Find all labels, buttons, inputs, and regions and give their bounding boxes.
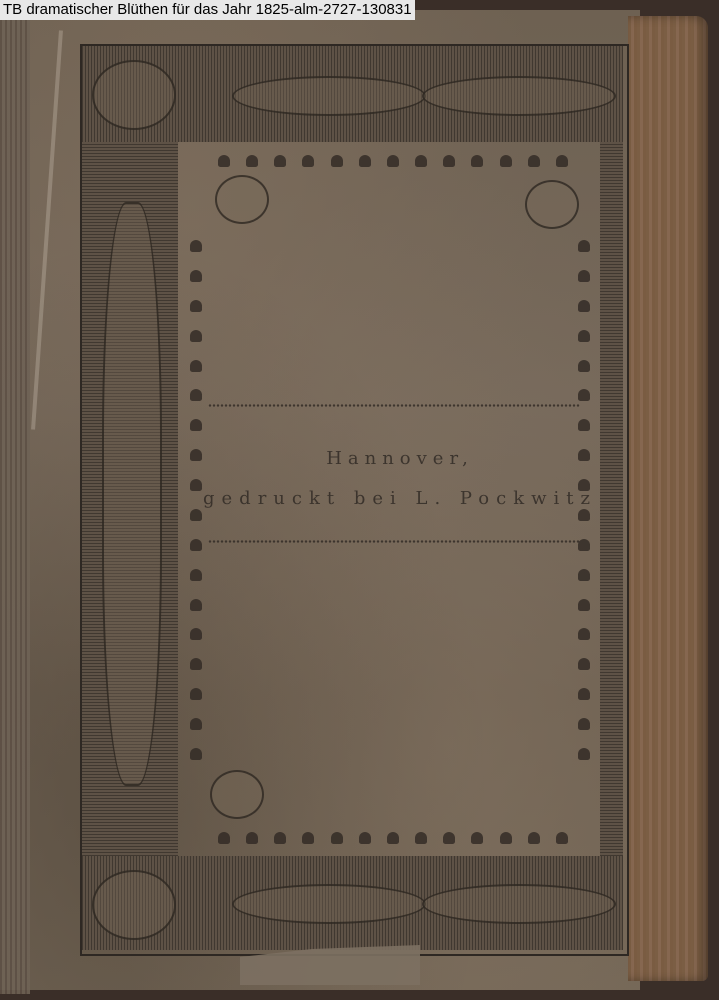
dotted-rule-top xyxy=(208,404,580,410)
dotted-rule-bottom xyxy=(208,540,580,546)
book-spine xyxy=(628,16,708,981)
book-photo: Hannover, gedruckt bei L. Pockwitz xyxy=(0,0,719,1000)
rosette-row-bottom xyxy=(218,832,568,844)
imprint-printer: gedruckt bei L. Pockwitz xyxy=(200,488,600,509)
corner-flourish-ornament xyxy=(525,180,579,229)
page-edges xyxy=(0,14,30,994)
rosette-row-top xyxy=(218,155,568,167)
imprint-city: Hannover, xyxy=(200,448,600,469)
image-caption: TB dramatischer Blüthen für das Jahr 182… xyxy=(0,0,415,20)
corner-flourish-ornament xyxy=(210,770,264,819)
corner-flourish-ornament xyxy=(215,175,269,224)
